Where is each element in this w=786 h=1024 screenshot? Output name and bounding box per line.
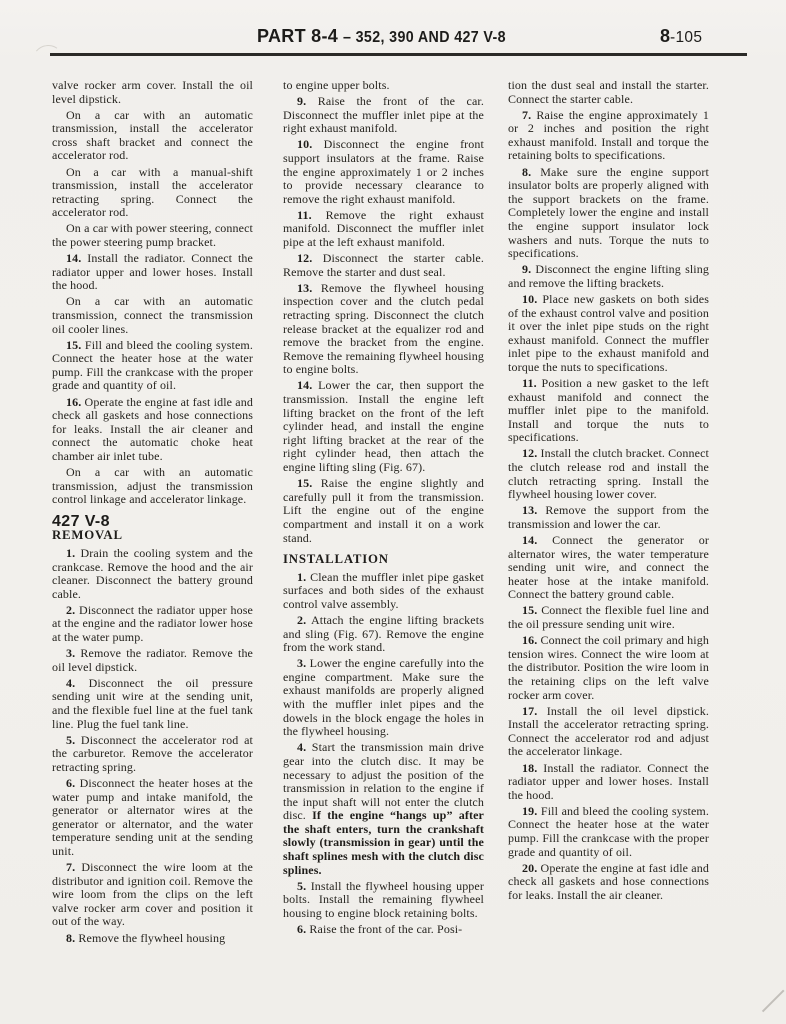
step-number: 14. [522, 533, 537, 547]
step-paragraph: 17. Install the oil level dipstick. Inst… [508, 705, 709, 759]
step-number: 5. [66, 733, 75, 747]
step-number: 12. [522, 446, 537, 460]
step-paragraph: 15. Connect the flexible fuel line and t… [508, 604, 709, 631]
page-number-section: 8 [660, 26, 670, 46]
step-paragraph: 12. Install the clutch bracket. Connect … [508, 447, 709, 501]
step-number: 16. [66, 395, 81, 409]
page-number: 8-105 [660, 26, 702, 47]
step-paragraph: 18. Install the radiator. Connect the ra… [508, 762, 709, 803]
step-number: 10. [297, 137, 312, 151]
step-paragraph: 15. Raise the engine slightly and carefu… [283, 477, 484, 545]
step-number: 20. [522, 861, 537, 875]
step-number: 11. [522, 376, 537, 390]
page-number-rest: -105 [670, 29, 702, 46]
part-title-text: – 352, 390 AND 427 V-8 [343, 29, 506, 47]
column-right: tion the dust seal and install the start… [508, 79, 709, 905]
step-paragraph: 2. Attach the engine lifting brackets an… [283, 614, 484, 655]
paragraph: to engine upper bolts. [283, 79, 484, 93]
subsection-heading: REMOVAL [52, 529, 253, 543]
header-rule [50, 53, 747, 56]
step-number: 4. [297, 740, 306, 754]
step-number: 5. [297, 879, 306, 893]
paragraph: On a car with an automatic transmission,… [52, 109, 253, 163]
step-number: 9. [297, 94, 306, 108]
paragraph: On a car with an automatic transmission,… [52, 466, 253, 507]
subsection-heading: INSTALLATION [283, 553, 484, 567]
step-paragraph: 11. Remove the right exhaust manifold. D… [283, 209, 484, 250]
part-title: PART 8-4– 352, 390 AND 427 V-8 [257, 26, 520, 47]
step-paragraph: 9. Disconnect the engine lifting sling a… [508, 263, 709, 290]
scan-scratch-mark [762, 990, 784, 1012]
step-number: 1. [66, 546, 75, 560]
step-number: 11. [297, 208, 312, 222]
step-number: 16. [522, 633, 537, 647]
step-paragraph: 12. Disconnect the starter cable. Remove… [283, 252, 484, 279]
step-number: 6. [297, 922, 306, 936]
step-number: 9. [522, 262, 531, 276]
punch-hole-mark [31, 43, 65, 75]
step-number: 12. [297, 251, 312, 265]
step-paragraph: 16. Connect the coil primary and high te… [508, 634, 709, 702]
step-paragraph: 13. Remove the flywheel housing inspecti… [283, 282, 484, 377]
step-number: 4. [66, 676, 75, 690]
column-left: valve rocker arm cover. Install the oil … [52, 79, 253, 948]
step-paragraph: 16. Operate the engine at fast idle and … [52, 396, 253, 464]
step-paragraph: 5. Install the flywheel housing upper bo… [283, 880, 484, 921]
step-number: 13. [297, 281, 312, 295]
step-paragraph: 2. Disconnect the radiator upper hose at… [52, 604, 253, 645]
step-number: 1. [297, 570, 306, 584]
step-paragraph: 14. Connect the generator or alternator … [508, 534, 709, 602]
step-number: 8. [522, 165, 531, 179]
section-heading: 427 V-8 [52, 515, 253, 529]
step-number: 17. [522, 704, 537, 718]
step-paragraph: 4. Disconnect the oil pressure sending u… [52, 677, 253, 731]
paragraph: tion the dust seal and install the start… [508, 79, 709, 106]
step-number: 2. [66, 603, 75, 617]
step-number: 3. [66, 646, 75, 660]
step-paragraph: 14. Install the radiator. Connect the ra… [52, 252, 253, 293]
step-paragraph: 4. Start the transmission main drive gea… [283, 741, 484, 877]
paragraph: On a car with an automatic transmission,… [52, 295, 253, 336]
step-paragraph: 7. Disconnect the wire loom at the distr… [52, 861, 253, 929]
step-number: 14. [66, 251, 81, 265]
step-number: 8. [66, 931, 75, 945]
step-paragraph: 13. Remove the support from the transmis… [508, 504, 709, 531]
step-paragraph: 10. Disconnect the engine front support … [283, 138, 484, 206]
column-middle: to engine upper bolts.9. Raise the front… [283, 79, 484, 939]
step-paragraph: 19. Fill and bleed the cooling system. C… [508, 805, 709, 859]
step-paragraph: 1. Clean the muffler inlet pipe gasket s… [283, 571, 484, 612]
step-number: 14. [297, 378, 312, 392]
step-number: 19. [522, 804, 537, 818]
step-paragraph: 9. Raise the front of the car. Disconnec… [283, 95, 484, 136]
step-paragraph: 11. Position a new gasket to the left ex… [508, 377, 709, 445]
step-paragraph: 14. Lower the car, then support the tran… [283, 379, 484, 474]
paragraph: On a car with power steering, connect th… [52, 222, 253, 249]
step-number: 18. [522, 761, 537, 775]
step-paragraph: 1. Drain the cooling system and the cran… [52, 547, 253, 601]
step-paragraph: 5. Disconnect the accelerator rod at the… [52, 734, 253, 775]
step-paragraph: 6. Raise the front of the car. Posi- [283, 923, 484, 937]
step-number: 6. [66, 776, 75, 790]
step-paragraph: 10. Place new gaskets on both sides of t… [508, 293, 709, 375]
step-number: 3. [297, 656, 306, 670]
step-number: 13. [522, 503, 537, 517]
step-paragraph: 7. Raise the engine approximately 1 or 2… [508, 109, 709, 163]
step-paragraph: 8. Remove the flywheel housing [52, 932, 253, 946]
step-number: 7. [522, 108, 531, 122]
step-number: 15. [66, 338, 81, 352]
paragraph: valve rocker arm cover. Install the oil … [52, 79, 253, 106]
step-paragraph: 3. Remove the radiator. Remove the oil l… [52, 647, 253, 674]
step-paragraph: 15. Fill and bleed the cooling system. C… [52, 339, 253, 393]
step-number: 10. [522, 292, 537, 306]
step-number: 7. [66, 860, 75, 874]
step-number: 2. [297, 613, 306, 627]
paragraph: On a car with a manual-shift transmissio… [52, 166, 253, 220]
step-paragraph: 6. Disconnect the heater hoses at the wa… [52, 777, 253, 859]
step-paragraph: 20. Operate the engine at fast idle and … [508, 862, 709, 903]
step-number: 15. [522, 603, 537, 617]
step-paragraph: 3. Lower the engine carefully into the e… [283, 657, 484, 739]
step-paragraph: 8. Make sure the engine support insulato… [508, 166, 709, 261]
step-number: 15. [297, 476, 312, 490]
part-number-label: PART 8-4 [257, 26, 338, 46]
manual-page: PART 8-4– 352, 390 AND 427 V-8 8-105 val… [0, 0, 786, 1024]
